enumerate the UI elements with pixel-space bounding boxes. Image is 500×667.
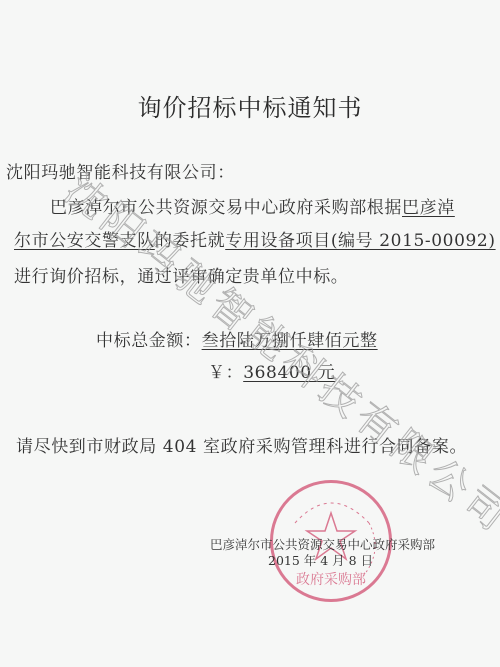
currency-label: ￥： (208, 363, 243, 383)
notice-document: 询价招标中标通知书 沈阳玛驰智能科技有限公司： 巴彦淖尔市公共资源交易中心政府采… (0, 0, 500, 667)
amount-label: 中标总金额： (96, 331, 202, 351)
issue-date: 2015 年 4 月 8 日 (268, 551, 373, 569)
recipient: 沈阳玛驰智能科技有限公司： (6, 158, 235, 183)
project-name: 专用设备项目(编号 2015-00092) (225, 231, 495, 251)
seal-label: 政府采购部 (273, 569, 389, 589)
document-title: 询价招标中标通知书 (0, 88, 500, 123)
body-line-1-underlined: 巴彦淖 (402, 198, 455, 218)
